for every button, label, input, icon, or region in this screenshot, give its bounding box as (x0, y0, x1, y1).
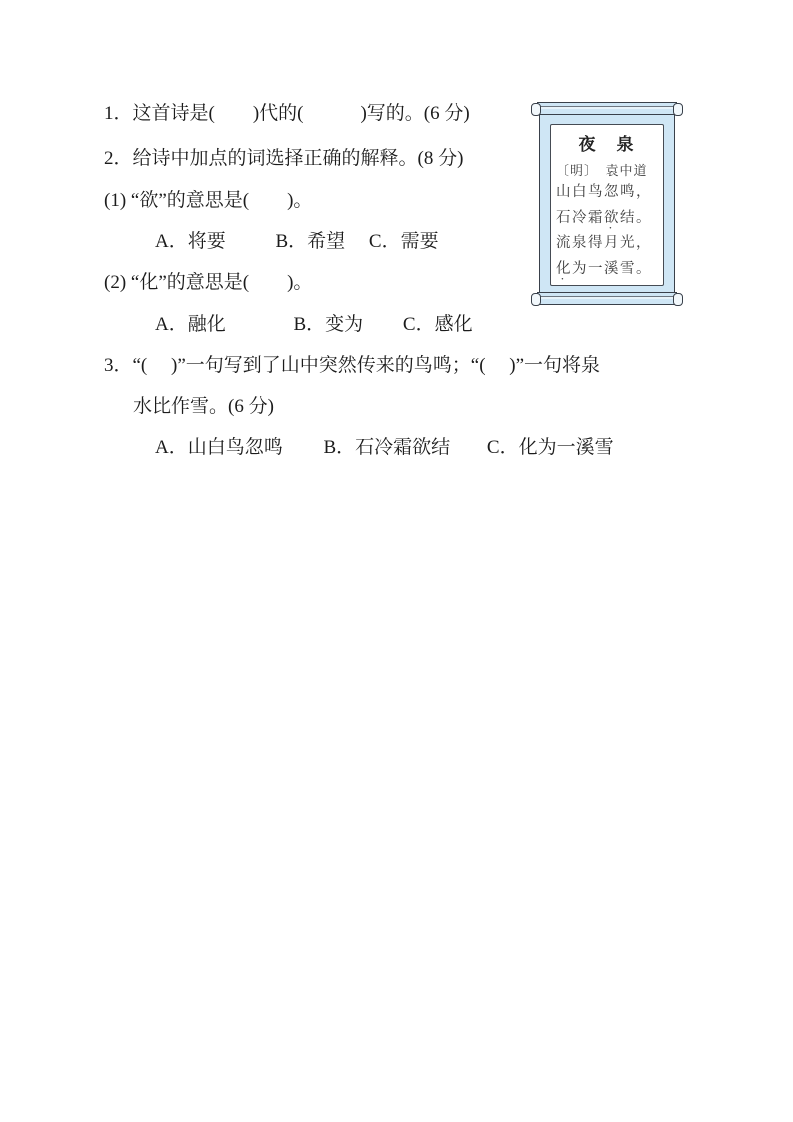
question-2: 2．给诗中加点的词选择正确的解释。(8 分) (104, 148, 463, 170)
scroll-roller-knob-icon (673, 103, 683, 116)
option-c: C．需要 (369, 231, 439, 252)
option-c: C．化为一溪雪 (487, 437, 614, 458)
poem-line-1: 山白鸟忽鸣， (551, 180, 663, 205)
poem-panel: 夜 泉 〔明〕 袁中道 山白鸟忽鸣， 石冷霜欲结。 流泉得月光， 化为一溪雪。 (550, 124, 664, 286)
question-2-sub-1-options: A．将要 B．希望 C．需要 (155, 231, 439, 253)
worksheet-page: 1．这首诗是( )代的( )写的。(6 分) 2．给诗中加点的词选择正确的解释。… (0, 0, 793, 1122)
question-3-line-2: 水比作雪。(6 分) (133, 396, 274, 418)
option-a: A．将要 (155, 231, 226, 252)
scroll-roller-knob-icon (531, 103, 541, 116)
poem-line-4: 化为一溪雪。 (551, 257, 663, 282)
scroll-mount: 夜 泉 〔明〕 袁中道 山白鸟忽鸣， 石冷霜欲结。 流泉得月光， 化为一溪雪。 (539, 114, 675, 294)
poem-title: 夜 泉 (551, 130, 663, 155)
scroll-roller-knob-icon (531, 293, 541, 306)
option-b: B．变为 (293, 314, 363, 335)
option-a: A．融化 (155, 314, 226, 335)
scroll-bottom-roller (531, 291, 683, 307)
option-b: B．希望 (275, 231, 345, 252)
poem-scroll-illustration: 夜 泉 〔明〕 袁中道 山白鸟忽鸣， 石冷霜欲结。 流泉得月光， 化为一溪雪。 (531, 101, 683, 307)
poem-line-2: 石冷霜欲结。 (551, 206, 663, 231)
scroll-top-roller (531, 101, 683, 117)
poem-line-3: 流泉得月光， (551, 231, 663, 256)
scroll-roller-knob-icon (673, 293, 683, 306)
option-c: C．感化 (403, 314, 473, 335)
scroll-roller-bar (537, 292, 677, 305)
question-3-line-1: 3．“( )”一句写到了山中突然传来的鸟鸣；“( )”一句将泉 (104, 355, 600, 377)
option-b: B．石冷霜欲结 (323, 437, 450, 458)
question-2-sub-2-options: A．融化 B．变为 C．感化 (155, 314, 473, 336)
question-1: 1．这首诗是( )代的( )写的。(6 分) (104, 103, 470, 125)
question-2-sub-1: (1) “欲”的意思是( )。 (104, 190, 312, 212)
option-a: A．山白鸟忽鸣 (155, 437, 283, 458)
poem-author: 〔明〕 袁中道 (551, 160, 663, 179)
scroll-roller-bar (537, 102, 677, 115)
question-2-sub-2: (2) “化”的意思是( )。 (104, 272, 312, 294)
question-3-options: A．山白鸟忽鸣 B．石冷霜欲结 C．化为一溪雪 (155, 437, 614, 459)
